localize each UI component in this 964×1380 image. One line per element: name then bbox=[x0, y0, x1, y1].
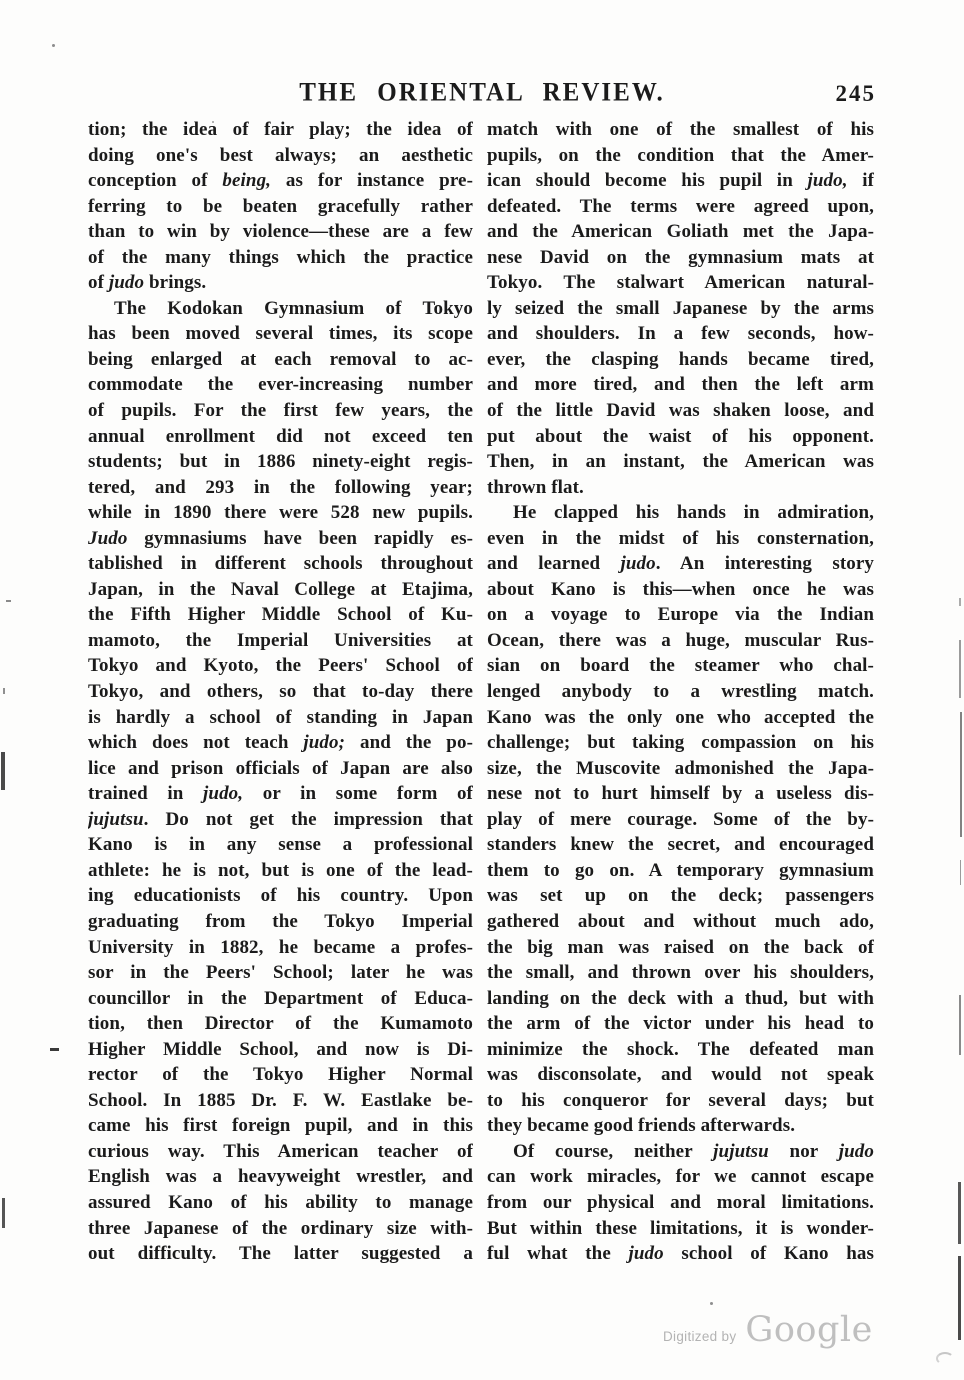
text-line: ful what the judo school of Kano has bbox=[487, 1241, 874, 1267]
text-line: of pupils. For the first few years, the bbox=[88, 398, 473, 424]
text-line: standers knew the secret, and encouraged bbox=[487, 832, 874, 858]
text-line: Higher Middle School, and now is Di- bbox=[88, 1037, 473, 1063]
text-line: Tokyo. The stalwart American natural- bbox=[487, 270, 874, 296]
text-line: conception of being, as for instance pre… bbox=[88, 168, 473, 194]
scan-edge-mark bbox=[1, 752, 5, 790]
text-line: ferring to be beaten gracefully rather bbox=[88, 194, 473, 220]
text-line: has been moved several times, its scope bbox=[88, 321, 473, 347]
text-line: and the American Goliath met the Japa- bbox=[487, 219, 874, 245]
text-line: ing educationists of his country. Upon bbox=[88, 883, 473, 909]
text-line: assured Kano of his ability to manage bbox=[88, 1190, 473, 1216]
scan-speck bbox=[212, 121, 214, 123]
text-line: being enlarged at each removal to ac- bbox=[88, 347, 473, 373]
text-line: lice and prison officials of Japan are a… bbox=[88, 756, 473, 782]
text-line: and learned judo. An interesting story bbox=[487, 551, 874, 577]
text-line: thrown flat. bbox=[487, 475, 874, 501]
text-line: Ocean, there was a huge, muscular Rus- bbox=[487, 628, 874, 654]
text-line: the big man was raised on the back of bbox=[487, 935, 874, 961]
text-line: challenge; but taking compassion on his bbox=[487, 730, 874, 756]
text-line: tered, and 293 in the following year; bbox=[88, 475, 473, 501]
text-line: to his conqueror for several days; but bbox=[487, 1088, 874, 1114]
text-line: size, the Muscovite admonished the Japa- bbox=[487, 756, 874, 782]
right-column: match with one of the smallest of hispup… bbox=[487, 117, 874, 1267]
text-line: jujutsu. Do not get the impression that bbox=[88, 807, 473, 833]
text-line: the small, and thrown over his shoulders… bbox=[487, 960, 874, 986]
text-line: and more tired, and then the left arm bbox=[487, 372, 874, 398]
text-line: curious way. This American teacher of bbox=[88, 1139, 473, 1165]
text-line: was disconsolate, and would not speak bbox=[487, 1062, 874, 1088]
left-column: tion; the idea of fair play; the idea of… bbox=[88, 117, 473, 1267]
text-line: put about the waist of his opponent. bbox=[487, 424, 874, 450]
google-watermark: Digitized by Google bbox=[663, 1310, 873, 1350]
text-line: even in the midst of his consternation, bbox=[487, 526, 874, 552]
text-line: trained in judo, or in some form of bbox=[88, 781, 473, 807]
text-line: gathered about and without much ado, bbox=[487, 909, 874, 935]
scan-gutter-line bbox=[959, 598, 961, 606]
text-line: University in 1882, he became a profes- bbox=[88, 935, 473, 961]
text-line: which does not teach judo; and the po- bbox=[88, 730, 473, 756]
text-line: He clapped his hands in admiration, bbox=[487, 500, 874, 526]
text-line: tablished in different schools throughou… bbox=[88, 551, 473, 577]
text-line: tion, then Director of the Kumamoto bbox=[88, 1011, 473, 1037]
text-line: students; but in 1886 ninety-eight regis… bbox=[88, 449, 473, 475]
text-line: play of mere courage. Some of the by- bbox=[487, 807, 874, 833]
scan-gutter-line bbox=[960, 860, 961, 885]
text-line: three Japanese of the ordinary size with… bbox=[88, 1216, 473, 1242]
text-line: athlete: he is not, but is one of the le… bbox=[88, 858, 473, 884]
text-line: School. In 1885 Dr. F. W. Eastlake be- bbox=[88, 1088, 473, 1114]
text-line: the Fifth Higher Middle School of Ku- bbox=[88, 602, 473, 628]
text-line: from our physical and moral limitations. bbox=[487, 1190, 874, 1216]
text-line: and shoulders. In a few seconds, how- bbox=[487, 321, 874, 347]
text-line: Japan, in the Naval College at Etajima, bbox=[88, 577, 473, 603]
text-line: tion; the idea of fair play; the idea of bbox=[88, 117, 473, 143]
text-line: landing on the deck with a thud, but wit… bbox=[487, 986, 874, 1012]
text-line: Kano is in any sense a professional bbox=[88, 832, 473, 858]
google-logo: Google bbox=[745, 1310, 872, 1350]
text-line: Judo gymnasiums have been rapidly es- bbox=[88, 526, 473, 552]
text-line: pupils, on the condition that the Amer- bbox=[487, 143, 874, 169]
text-line: The Kodokan Gymnasium of Tokyo bbox=[88, 296, 473, 322]
scan-gutter-line bbox=[958, 1256, 961, 1340]
scan-gutter-line bbox=[959, 640, 961, 698]
text-line: Kano was the only one who accepted the bbox=[487, 705, 874, 731]
text-line: minimize the shock. The defeated man bbox=[487, 1037, 874, 1063]
text-line: doing one's best always; an aesthetic bbox=[88, 143, 473, 169]
text-line: Tokyo and Kyoto, the Peers' School of bbox=[88, 653, 473, 679]
text-line: rector of the Tokyo Higher Normal bbox=[88, 1062, 473, 1088]
text-line: can work miracles, for we cannot escape bbox=[487, 1164, 874, 1190]
text-line: nese David on the gymnasium mats at bbox=[487, 245, 874, 271]
scan-speck bbox=[710, 1302, 713, 1305]
text-line: graduating from the Tokyo Imperial bbox=[88, 909, 473, 935]
text-line: nese not to hurt himself by a useless di… bbox=[487, 781, 874, 807]
text-line: Then, in an instant, the American was bbox=[487, 449, 874, 475]
text-line: is hardly a school of standing in Japan bbox=[88, 705, 473, 731]
text-line: the arm of the victor under his head to bbox=[487, 1011, 874, 1037]
text-line: came his first foreign pupil, and in thi… bbox=[88, 1113, 473, 1139]
text-line: sian on board the steamer who chal- bbox=[487, 653, 874, 679]
text-line: mamoto, the Imperial Universities at bbox=[88, 628, 473, 654]
text-line: of judo brings. bbox=[88, 270, 473, 296]
scan-speck bbox=[6, 600, 11, 602]
digitized-by-label: Digitized by bbox=[663, 1329, 736, 1344]
text-line: of the many things which the practice bbox=[88, 245, 473, 271]
text-line: ican should become his pupil in judo, if bbox=[487, 168, 874, 194]
text-line: But within these limitations, it is wond… bbox=[487, 1216, 874, 1242]
scan-speck bbox=[3, 688, 5, 694]
page-number: 245 bbox=[832, 81, 876, 107]
text-line: of the little David was shaken loose, an… bbox=[487, 398, 874, 424]
text-line: was set up on the deck; passengers bbox=[487, 883, 874, 909]
text-line: while in 1890 there were 528 new pupils. bbox=[88, 500, 473, 526]
text-line: them to go on. A temporary gymnasium bbox=[487, 858, 874, 884]
text-line: annual enrollment did not exceed ten bbox=[88, 424, 473, 450]
scan-speck bbox=[52, 44, 55, 47]
text-line: on a voyage to Europe via the Indian bbox=[487, 602, 874, 628]
text-line: ly seized the small Japanese by the arms bbox=[487, 296, 874, 322]
text-line: ever, the clasping hands became tired, bbox=[487, 347, 874, 373]
text-line: lenged anybody to a wrestling match. bbox=[487, 679, 874, 705]
journal-title: THE ORIENTAL REVIEW. bbox=[299, 78, 665, 107]
text-line: about Kano is this—when once he was bbox=[487, 577, 874, 603]
text-line: than to win by violence—these are a few bbox=[88, 219, 473, 245]
text-line: sor in the Peers' School; later he was bbox=[88, 960, 473, 986]
scan-gutter-line bbox=[958, 1182, 961, 1244]
text-line: English was a heavyweight wrestler, and bbox=[88, 1164, 473, 1190]
text-line: they became good friends afterwards. bbox=[487, 1113, 874, 1139]
scanned-page: THE ORIENTAL REVIEW. 245 tion; the idea … bbox=[0, 0, 964, 1380]
text-line: commodate the ever-increasing number bbox=[88, 372, 473, 398]
text-line: Of course, neither jujutsu nor judo bbox=[487, 1139, 874, 1165]
scan-smudge bbox=[936, 1352, 954, 1365]
scan-gutter-line bbox=[959, 995, 961, 1055]
text-line: defeated. The terms were agreed upon, bbox=[487, 194, 874, 220]
text-line: Tokyo, and others, so that to-day there bbox=[88, 679, 473, 705]
text-line: councillor in the Department of Educa- bbox=[88, 986, 473, 1012]
running-head: THE ORIENTAL REVIEW. bbox=[0, 79, 964, 107]
scan-margin-dash bbox=[50, 1048, 59, 1051]
scan-gutter-line bbox=[960, 712, 962, 837]
text-line: out difficulty. The latter suggested a bbox=[88, 1241, 473, 1267]
scan-edge-mark bbox=[2, 1198, 5, 1228]
text-line: match with one of the smallest of his bbox=[487, 117, 874, 143]
